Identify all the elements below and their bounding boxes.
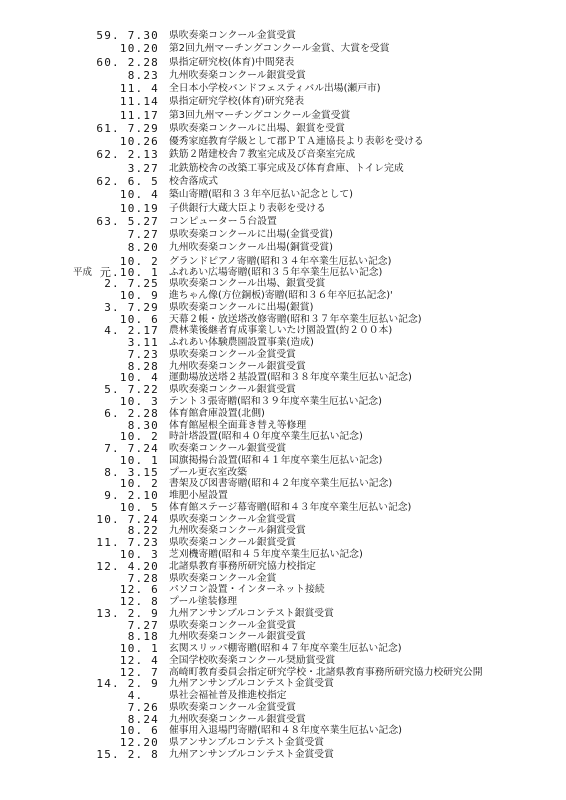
entry-date: 7.26 (40, 702, 159, 714)
entry-date: 59. 7.30 (40, 29, 159, 42)
entry-description: 県吹奏楽コンクール金賞受賞 (169, 620, 296, 632)
history-entry: 平成 元.10. 1 ふれあい広場寄贈(昭和３５年卒業生厄払い記念) (0, 267, 566, 279)
history-entry: 10. 4 築山寄贈(昭和３３年卒厄払い記念として) (0, 188, 566, 201)
entry-date: 11.14 (40, 95, 159, 108)
entry-description: 県吹奏楽コンクール金賞受賞 (169, 702, 296, 714)
history-entry: 8.30 体育館屋根全面葺き替え等修理 (0, 420, 566, 432)
entry-date: 7.27 (40, 228, 159, 241)
entry-description: 県吹奏楽コンクール金賞受賞 (169, 349, 296, 361)
history-entry: 15. 2. 8 九州アンサンブルコンテスト金賞受賞 (0, 749, 566, 761)
history-entry: 8. 3.15 プール更衣室改築 (0, 467, 566, 479)
history-entry: 11.14 県指定研究学校(体育)研究発表 (0, 95, 566, 108)
entry-description: 県吹奏楽コンクール出場、銀賞受賞 (169, 278, 325, 290)
entry-description: 堆肥小屋設置 (169, 490, 228, 502)
entry-description: 県社会福祉普及推進校指定 (169, 690, 287, 702)
entry-date: 62. 2.13 (40, 148, 159, 161)
document-page: 59. 7.30 県吹奏楽コンクール金賞受賞 10.20 第2回九州マーチングコ… (0, 0, 566, 800)
entry-description: 北諸県教育事務所研究協力校指定 (169, 561, 316, 573)
entry-description: 九州アンサンブルコンテスト銀賞受賞 (169, 608, 334, 620)
history-entry: 7.26 県吹奏楽コンクール金賞受賞 (0, 702, 566, 714)
history-entry: 8.20 九州吹奏楽コンクール出場(銅賞受賞) (0, 241, 566, 254)
entry-date: 10. 3 (40, 549, 159, 561)
entry-description: 全国学校吹奏楽コンクール奨励賞受賞 (169, 655, 335, 667)
entry-date: 10. 5 (40, 502, 159, 514)
entry-date: 10.20 (40, 42, 159, 55)
history-entry: 63. 5.27 コンピューター５台設置 (0, 215, 566, 228)
entry-description: 芝刈機寄贈(昭和４５年度卒業生厄払い記念) (169, 549, 363, 561)
entry-description: 九州吹奏楽コンクール出場(銅賞受賞) (169, 241, 333, 254)
entry-date: 63. 5.27 (40, 215, 159, 228)
history-entry: 12. 7 高崎町教育委員会指定研究学校・北諸県教育事務所研究協力校研究公開 (0, 667, 566, 679)
history-entry: 7.23 県吹奏楽コンクール金賞受賞 (0, 349, 566, 361)
entry-description: テント３張寄贈(昭和３９年度卒業生厄払い記念) (169, 396, 382, 408)
entry-description: プール塗装修理 (169, 596, 237, 608)
history-entry: 12. 6 パソコン設置・インターネット接続 (0, 584, 566, 596)
entry-description: 体育館倉庫設置(北側) (169, 408, 265, 420)
entry-description: 県吹奏楽コンクールに出場(銀賞) (169, 302, 313, 314)
entry-description: 九州吹奏楽コンクール銀賞受賞 (169, 69, 306, 82)
entry-date: 62. 6. 5 (40, 175, 159, 188)
history-entry: 11. 4 全日本小学校バンドフェスティバル出場(瀬戸市) (0, 82, 566, 95)
history-entry: 10. 7.24 県吹奏楽コンクール金賞受賞 (0, 514, 566, 526)
entry-date: 3.27 (40, 162, 159, 175)
entry-description: 農林業後継者育成事業しいたけ園設置(約２００本) (169, 325, 392, 337)
history-entry: 10.20 第2回九州マーチングコンクール金賞、大賞を受賞 (0, 42, 566, 55)
entry-description: 体育館屋根全面葺き替え等修理 (169, 420, 306, 432)
entry-description: 校舎落成式 (169, 175, 218, 188)
entry-description: 築山寄贈(昭和３３年卒厄払い記念として) (169, 188, 353, 201)
entry-date: 7.23 (40, 349, 159, 361)
entry-date: 8.23 (40, 69, 159, 82)
history-entry: 10. 9 進ちゃん像(方位銅板)寄贈(昭和３６年卒厄払記念)' (0, 290, 566, 302)
entry-description: 九州吹奏楽コンクール銅賞受賞 (169, 525, 306, 537)
history-entry: 9. 2.10 堆肥小屋設置 (0, 490, 566, 502)
entry-description: 県アンサンブルコンテスト金賞受賞 (169, 737, 324, 749)
history-entry: 10.19 子供銀行大蔵大臣より表彰を受ける (0, 202, 566, 215)
entry-description: 県吹奏楽コンクール金賞受賞 (169, 514, 296, 526)
history-entry: 10. 6 催事用入退場門寄贈(昭和４８年度卒業生厄払い記念) (0, 725, 566, 737)
entry-description: 県吹奏楽コンクール銀賞受賞 (169, 384, 296, 396)
entry-description: パソコン設置・インターネット接続 (169, 584, 325, 596)
entry-date: 8.20 (40, 241, 159, 254)
entry-description: 優秀家庭教育学級として郡ＰＴＡ連協長より表彰を受ける (169, 135, 424, 148)
entry-description: 九州アンサンブルコンテスト金賞受賞 (169, 678, 334, 690)
entry-description: 県指定研究校(体育)中間発表 (169, 56, 294, 69)
entry-description: 第3回九州マーチングコンクール金賞受賞 (169, 109, 350, 122)
entry-description: 鉄筋２階建校舎７教室完成及び音楽室完成 (169, 148, 355, 161)
history-entry: 3. 7.29 県吹奏楽コンクールに出場(銀賞) (0, 302, 566, 314)
history-entry: 61. 7.29 県吹奏楽コンクールに出場、銀賞を受賞 (0, 122, 566, 135)
history-list-showa: 59. 7.30 県吹奏楽コンクール金賞受賞 10.20 第2回九州マーチングコ… (0, 29, 566, 268)
history-entry: 10. 1 玄関スリッパ棚寄贈(昭和４７年度卒業生厄払い記念) (0, 643, 566, 655)
entry-description: 子供銀行大蔵大臣より表彰を受ける (169, 202, 326, 215)
history-entry: 5. 7.22 県吹奏楽コンクール銀賞受賞 (0, 384, 566, 396)
history-entry: 4. 2.17 農林業後継者育成事業しいたけ園設置(約２００本) (0, 325, 566, 337)
entry-description: 吹奏楽コンクール銀賞受賞 (169, 443, 286, 455)
history-entry: 10.26 優秀家庭教育学級として郡ＰＴＡ連協長より表彰を受ける (0, 135, 566, 148)
history-entry: 10. 3 テント３張寄贈(昭和３９年度卒業生厄払い記念) (0, 396, 566, 408)
history-entry: 10. 2 書架及び図書寄贈(昭和４２年度卒業生厄払い記念) (0, 478, 566, 490)
entry-description: 玄関スリッパ棚寄贈(昭和４７年度卒業生厄払い記念) (169, 643, 402, 655)
history-entry: 7.28 県吹奏楽コンクール金賞 (0, 573, 566, 585)
history-entry: 8.24 九州吹奏楽コンクール銀賞受賞 (0, 714, 566, 726)
entry-description: 運動場放送塔２基設置(昭和３８年度卒業生厄払い記念) (169, 372, 412, 384)
history-entry: 6. 2.28 体育館倉庫設置(北側) (0, 408, 566, 420)
entry-date: 11. 4 (40, 82, 159, 95)
history-entry: 13. 2. 9 九州アンサンブルコンテスト銀賞受賞 (0, 608, 566, 620)
history-entry: 12. 4.20 北諸県教育事務所研究協力校指定 (0, 561, 566, 573)
history-entry: 11. 7.23 県吹奏楽コンクール銀賞受賞 (0, 537, 566, 549)
entry-description: 北鉄筋校舎の改築工事完成及び体育倉庫、トイレ完成 (169, 162, 404, 175)
history-entry: 7.27 県吹奏楽コンクールに出場(金賞受賞) (0, 228, 566, 241)
history-list-heisei: 平成 元.10. 1 ふれあい広場寄贈(昭和３５年卒業生厄払い記念) 2. 7.… (0, 267, 566, 761)
history-entry: 4. 県社会福祉普及推進校指定 (0, 690, 566, 702)
entry-date: 12. 4.20 (40, 561, 159, 573)
entry-description: 県吹奏楽コンクールに出場(金賞受賞) (169, 228, 333, 241)
entry-description: 天幕２帳・放送塔改修寄贈(昭和３７年卒業生厄払い記念) (169, 314, 422, 326)
history-entry: 3.11 ふれあい体験農園設置事業(造成) (0, 337, 566, 349)
history-entry: 10. 5 体育館ステージ幕寄贈(昭和４３年度卒業生厄払い記念) (0, 502, 566, 514)
entry-date: 3. 7.29 (40, 302, 159, 314)
history-entry: 7. 7.24 吹奏楽コンクール銀賞受賞 (0, 443, 566, 455)
history-entry: 8.22 九州吹奏楽コンクール銅賞受賞 (0, 525, 566, 537)
entry-date: 15. 2. 8 (40, 749, 159, 761)
history-entry: 59. 7.30 県吹奏楽コンクール金賞受賞 (0, 29, 566, 42)
history-entry: 12. 4 全国学校吹奏楽コンクール奨励賞受賞 (0, 655, 566, 667)
history-entry: 10. 2 時計塔設置(昭和４０年度卒業生厄払い記念) (0, 431, 566, 443)
entry-description: コンピューター５台設置 (169, 215, 277, 228)
history-entry: 60. 2.28 県指定研究校(体育)中間発表 (0, 56, 566, 69)
entry-description: 県吹奏楽コンクールに出場、銀賞を受賞 (169, 122, 345, 135)
entry-description: 九州吹奏楽コンクール銀賞受賞 (169, 714, 306, 726)
history-entry: 8.28 九州吹奏楽コンクール銀賞受賞 (0, 361, 566, 373)
entry-description: 九州吹奏楽コンクール銀賞受賞 (169, 361, 306, 373)
history-entry: 3.27 北鉄筋校舎の改築工事完成及び体育倉庫、トイレ完成 (0, 162, 566, 175)
history-entry: 10. 1 国旗掲揚台設置(昭和４１年度卒業生厄払い記念) (0, 455, 566, 467)
history-entry: 10. 4 運動場放送塔２基設置(昭和３８年度卒業生厄払い記念) (0, 372, 566, 384)
history-entry: 2. 7.25 県吹奏楽コンクール出場、銀賞受賞 (0, 278, 566, 290)
entry-date: 10. 1 (40, 455, 159, 467)
entry-date: 10.19 (40, 202, 159, 215)
entry-date: 13. 2. 9 (40, 608, 159, 620)
entry-description: ふれあい体験農園設置事業(造成) (169, 337, 314, 349)
entry-date: 6. 2.28 (40, 408, 159, 420)
entry-description: プール更衣室改築 (169, 467, 247, 479)
history-entry: 7.27 県吹奏楽コンクール金賞受賞 (0, 620, 566, 632)
entry-description: 体育館ステージ幕寄贈(昭和４３年度卒業生厄払い記念) (169, 502, 411, 514)
entry-description: 時計塔設置(昭和４０年度卒業生厄払い記念) (169, 431, 363, 443)
entry-date: 12. 4 (40, 655, 159, 667)
entry-description: ふれあい広場寄贈(昭和３５年卒業生厄払い記念) (169, 267, 382, 279)
history-entry: 8.18 九州吹奏楽コンクール銀賞受賞 (0, 631, 566, 643)
entry-date: 11.17 (40, 109, 159, 122)
entry-description: 書架及び図書寄贈(昭和４２年度卒業生厄払い記念) (169, 478, 392, 490)
entry-date: 10. 4 (40, 188, 159, 201)
entry-description: 進ちゃん像(方位銅板)寄贈(昭和３６年卒厄払記念)' (169, 290, 393, 302)
entry-date: 60. 2.28 (40, 56, 159, 69)
history-entry: 11.17 第3回九州マーチングコンクール金賞受賞 (0, 109, 566, 122)
entry-description: 九州吹奏楽コンクール銀賞受賞 (169, 631, 306, 643)
entry-description: 全日本小学校バンドフェスティバル出場(瀬戸市) (169, 82, 381, 95)
history-entry: 62. 6. 5 校舎落成式 (0, 175, 566, 188)
entry-description: 国旗掲揚台設置(昭和４１年度卒業生厄払い記念) (169, 455, 382, 467)
entry-date: 10.26 (40, 135, 159, 148)
history-entry: 12. 8 プール塗装修理 (0, 596, 566, 608)
entry-description: 第2回九州マーチングコンクール金賞、大賞を受賞 (169, 42, 390, 55)
history-entry: 14. 2. 9 九州アンサンブルコンテスト金賞受賞 (0, 678, 566, 690)
entry-date: 61. 7.29 (40, 122, 159, 135)
entry-description: 県吹奏楽コンクール銀賞受賞 (169, 537, 296, 549)
history-entry: 8.23 九州吹奏楽コンクール銀賞受賞 (0, 69, 566, 82)
entry-description: 九州アンサンブルコンテスト金賞受賞 (169, 749, 334, 761)
history-entry: 10. 3 芝刈機寄贈(昭和４５年度卒業生厄払い記念) (0, 549, 566, 561)
entry-description: 県吹奏楽コンクール金賞 (169, 573, 276, 585)
history-entry: 12.20 県アンサンブルコンテスト金賞受賞 (0, 737, 566, 749)
entry-description: 県指定研究学校(体育)研究発表 (169, 95, 304, 108)
entry-description: 県吹奏楽コンクール金賞受賞 (169, 29, 296, 42)
history-entry: 62. 2.13 鉄筋２階建校舎７教室完成及び音楽室完成 (0, 148, 566, 161)
entry-description: 高崎町教育委員会指定研究学校・北諸県教育事務所研究協力校研究公開 (169, 667, 483, 679)
history-entry: 10. 6 天幕２帳・放送塔改修寄贈(昭和３７年卒業生厄払い記念) (0, 314, 566, 326)
entry-description: 催事用入退場門寄贈(昭和４８年度卒業生厄払い記念) (169, 725, 402, 737)
